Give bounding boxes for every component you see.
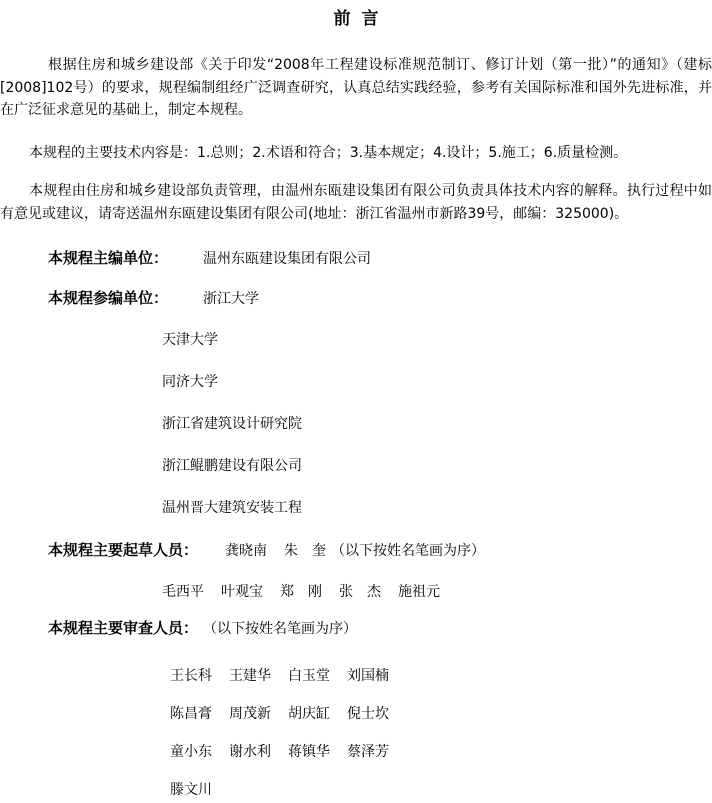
drafters-names-line2: 毛西平叶观宝郑 刚张 杰施祖元 xyxy=(0,581,712,603)
reviewer-name: 童小东 xyxy=(170,741,212,763)
chief-editor-value: 温州东瓯建设集团有限公司 xyxy=(203,251,371,267)
reviewer-name: 王长科 xyxy=(170,665,212,687)
drafters-order-note: （以下按姓名笔画为序） xyxy=(331,543,485,559)
reviewers-names-row: 滕文川 xyxy=(0,779,712,801)
reviewers-row: 本规程主要审查人员：（以下按姓名笔画为序） xyxy=(0,617,712,639)
drafter-name: 毛西平 xyxy=(162,581,204,603)
reviewers-order-note: （以下按姓名笔画为序） xyxy=(203,621,357,637)
reviewers-names-row: 童小东谢水利蒋镇华蔡泽芳 xyxy=(0,741,712,763)
reviewer-name: 蔡泽芳 xyxy=(347,741,389,763)
chief-editor-label: 本规程主编单位： xyxy=(48,247,203,269)
page-title: 前 言 xyxy=(0,8,712,30)
drafter-name: 张 杰 xyxy=(339,581,381,603)
drafter-name: 施祖元 xyxy=(398,581,440,603)
reviewer-name: 胡庆缸 xyxy=(288,703,330,725)
reviewer-name: 蒋镇华 xyxy=(288,741,330,763)
reviewer-name: 倪士坎 xyxy=(347,703,389,725)
reviewer-name: 周茂新 xyxy=(229,703,271,725)
co-editor-label: 本规程参编单位： xyxy=(48,287,203,309)
reviewer-name: 滕文川 xyxy=(170,779,212,801)
co-editor-first-value: 浙江大学 xyxy=(203,291,259,307)
reviewer-name: 刘国楠 xyxy=(347,665,389,687)
management-paragraph: 本规程由住房和城乡建设部负责管理，由温州东瓯建设集团有限公司负责具体技术内容的解… xyxy=(0,180,712,225)
reviewers-names-row: 王长科王建华白玉堂刘国楠 xyxy=(0,665,712,687)
technical-contents-paragraph: 本规程的主要技术内容是：1.总则；2.术语和符合；3.基本规定；4.设计；5.施… xyxy=(0,142,712,165)
reviewers-names-row: 陈昌膏周茂新胡庆缸倪士坎 xyxy=(0,703,712,725)
reviewer-name: 谢水利 xyxy=(229,741,271,763)
drafter-name: 龚晓南 xyxy=(225,540,267,562)
drafter-name: 朱 奎 xyxy=(284,540,326,562)
co-editor-institution: 天津大学 xyxy=(0,329,712,351)
reviewer-name: 王建华 xyxy=(229,665,271,687)
drafters-label: 本规程主要起草人员： xyxy=(48,539,225,561)
co-editor-institution: 浙江鲲鹏建设有限公司 xyxy=(0,455,712,477)
reviewer-name: 白玉堂 xyxy=(288,665,330,687)
co-editor-institution: 同济大学 xyxy=(0,371,712,393)
reviewers-label: 本规程主要审查人员： xyxy=(48,617,198,639)
drafters-names-line1: 龚晓南朱 奎 xyxy=(225,540,326,562)
reviewer-name: 陈昌膏 xyxy=(170,703,212,725)
credits-section: 本规程主编单位：温州东瓯建设集团有限公司 本规程参编单位：浙江大学 天津大学 同… xyxy=(0,247,712,801)
drafter-name: 叶观宝 xyxy=(221,581,263,603)
co-editor-institution: 浙江省建筑设计研究院 xyxy=(0,413,712,435)
drafters-row: 本规程主要起草人员：龚晓南朱 奎（以下按姓名笔画为序） xyxy=(0,539,712,561)
drafter-name: 郑 刚 xyxy=(280,581,322,603)
document-page: 前 言 根据住房和城乡建设部《关于印发“2008年工程建设标准规范制订、修订计划… xyxy=(0,0,712,803)
co-editor-institution: 温州晋大建筑安装工程 xyxy=(0,497,712,519)
co-editor-row: 本规程参编单位：浙江大学 xyxy=(0,287,712,309)
intro-paragraph: 根据住房和城乡建设部《关于印发“2008年工程建设标准规范制订、修订计划（第一批… xyxy=(0,54,712,122)
chief-editor-row: 本规程主编单位：温州东瓯建设集团有限公司 xyxy=(0,247,712,269)
